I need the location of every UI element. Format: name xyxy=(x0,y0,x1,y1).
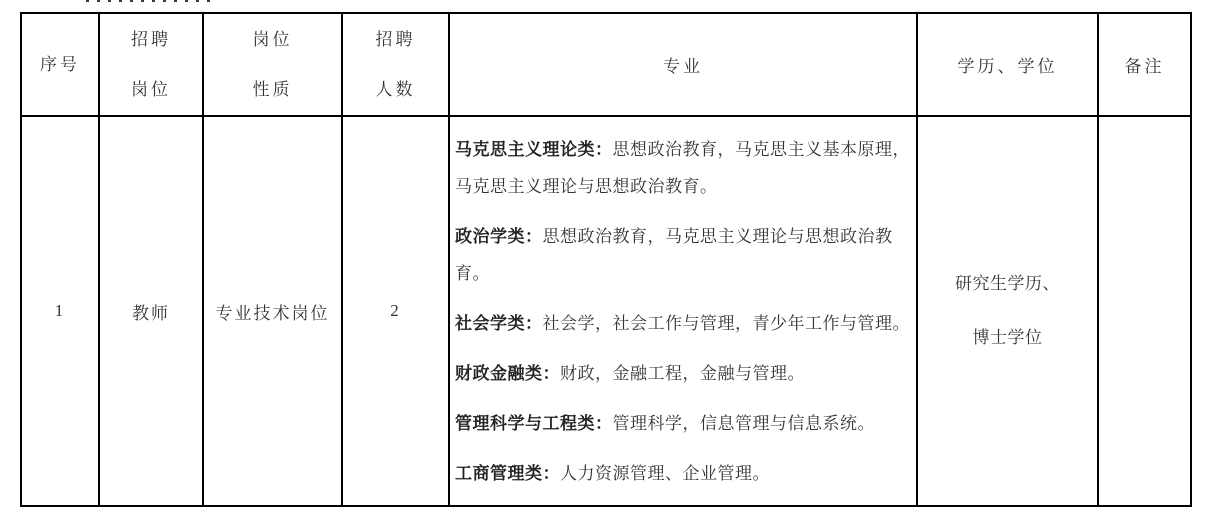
header-remark: 备注 xyxy=(1098,13,1191,116)
header-seq-label: 序号 xyxy=(22,40,98,90)
cell-majors: 马克思主义理论类：思想政治教育，马克思主义基本原理，马克思主义理论与思想政治教育… xyxy=(449,116,917,506)
header-seq: 序号 xyxy=(21,13,99,116)
cell-remark xyxy=(1098,116,1191,506)
major-category-label: 财政金融类： xyxy=(455,364,560,383)
major-category-text: 财政，金融工程，金融与管理。 xyxy=(560,364,805,383)
cell-seq: 1 xyxy=(21,116,99,506)
header-position-line1: 招聘 xyxy=(100,15,202,65)
header-nature: 岗位 性质 xyxy=(203,13,342,116)
cell-position: 教师 xyxy=(99,116,203,506)
header-nature-line2: 性质 xyxy=(204,65,341,115)
major-item: 政治学类：思想政治教育，马克思主义理论与思想政治教育。 xyxy=(455,218,913,292)
major-category-label: 工商管理类： xyxy=(455,464,560,483)
major-item: 社会学类：社会学，社会工作与管理，青少年工作与管理。 xyxy=(455,305,913,342)
header-nature-line1: 岗位 xyxy=(204,15,341,65)
major-category-label: 社会学类： xyxy=(455,314,543,333)
header-position-line2: 岗位 xyxy=(100,65,202,115)
cell-degree: 研究生学历、 博士学位 xyxy=(917,116,1098,506)
major-category-label: 政治学类： xyxy=(455,227,543,246)
major-category-text: 社会学，社会工作与管理，青少年工作与管理。 xyxy=(543,314,911,333)
major-category-text: 管理科学，信息管理与信息系统。 xyxy=(613,414,876,433)
header-count-line2: 人数 xyxy=(343,65,448,115)
cropped-text-fragment xyxy=(86,0,216,2)
header-count: 招聘 人数 xyxy=(342,13,449,116)
header-degree-label: 学历、学位 xyxy=(958,57,1058,76)
page: { "colors": { "border": "#000000", "text… xyxy=(0,0,1222,515)
header-row: 序号 招聘 岗位 岗位 性质 招聘 人数 专业 学历、学位 备注 xyxy=(21,13,1191,116)
degree-line1: 研究生学历、 xyxy=(918,257,1097,311)
header-count-line1: 招聘 xyxy=(343,15,448,65)
header-remark-label: 备注 xyxy=(1125,57,1165,76)
table-row: 1 教师 专业技术岗位 2 马克思主义理论类：思想政治教育，马克思主义基本原理，… xyxy=(21,116,1191,506)
recruitment-table: 序号 招聘 岗位 岗位 性质 招聘 人数 专业 学历、学位 备注 xyxy=(20,12,1192,507)
degree-line2: 博士学位 xyxy=(918,311,1097,365)
header-major: 专业 xyxy=(449,13,917,116)
header-major-label: 专业 xyxy=(663,57,703,76)
major-item: 马克思主义理论类：思想政治教育，马克思主义基本原理，马克思主义理论与思想政治教育… xyxy=(455,131,913,205)
header-degree: 学历、学位 xyxy=(917,13,1098,116)
major-item: 工商管理类：人力资源管理、企业管理。 xyxy=(455,455,913,492)
cell-count: 2 xyxy=(342,116,449,506)
header-position: 招聘 岗位 xyxy=(99,13,203,116)
major-category-text: 人力资源管理、企业管理。 xyxy=(560,464,770,483)
cell-nature: 专业技术岗位 xyxy=(203,116,342,506)
major-item: 管理科学与工程类：管理科学，信息管理与信息系统。 xyxy=(455,405,913,442)
major-category-label: 马克思主义理论类： xyxy=(455,140,613,159)
major-item: 财政金融类：财政，金融工程，金融与管理。 xyxy=(455,355,913,392)
major-category-label: 管理科学与工程类： xyxy=(455,414,613,433)
